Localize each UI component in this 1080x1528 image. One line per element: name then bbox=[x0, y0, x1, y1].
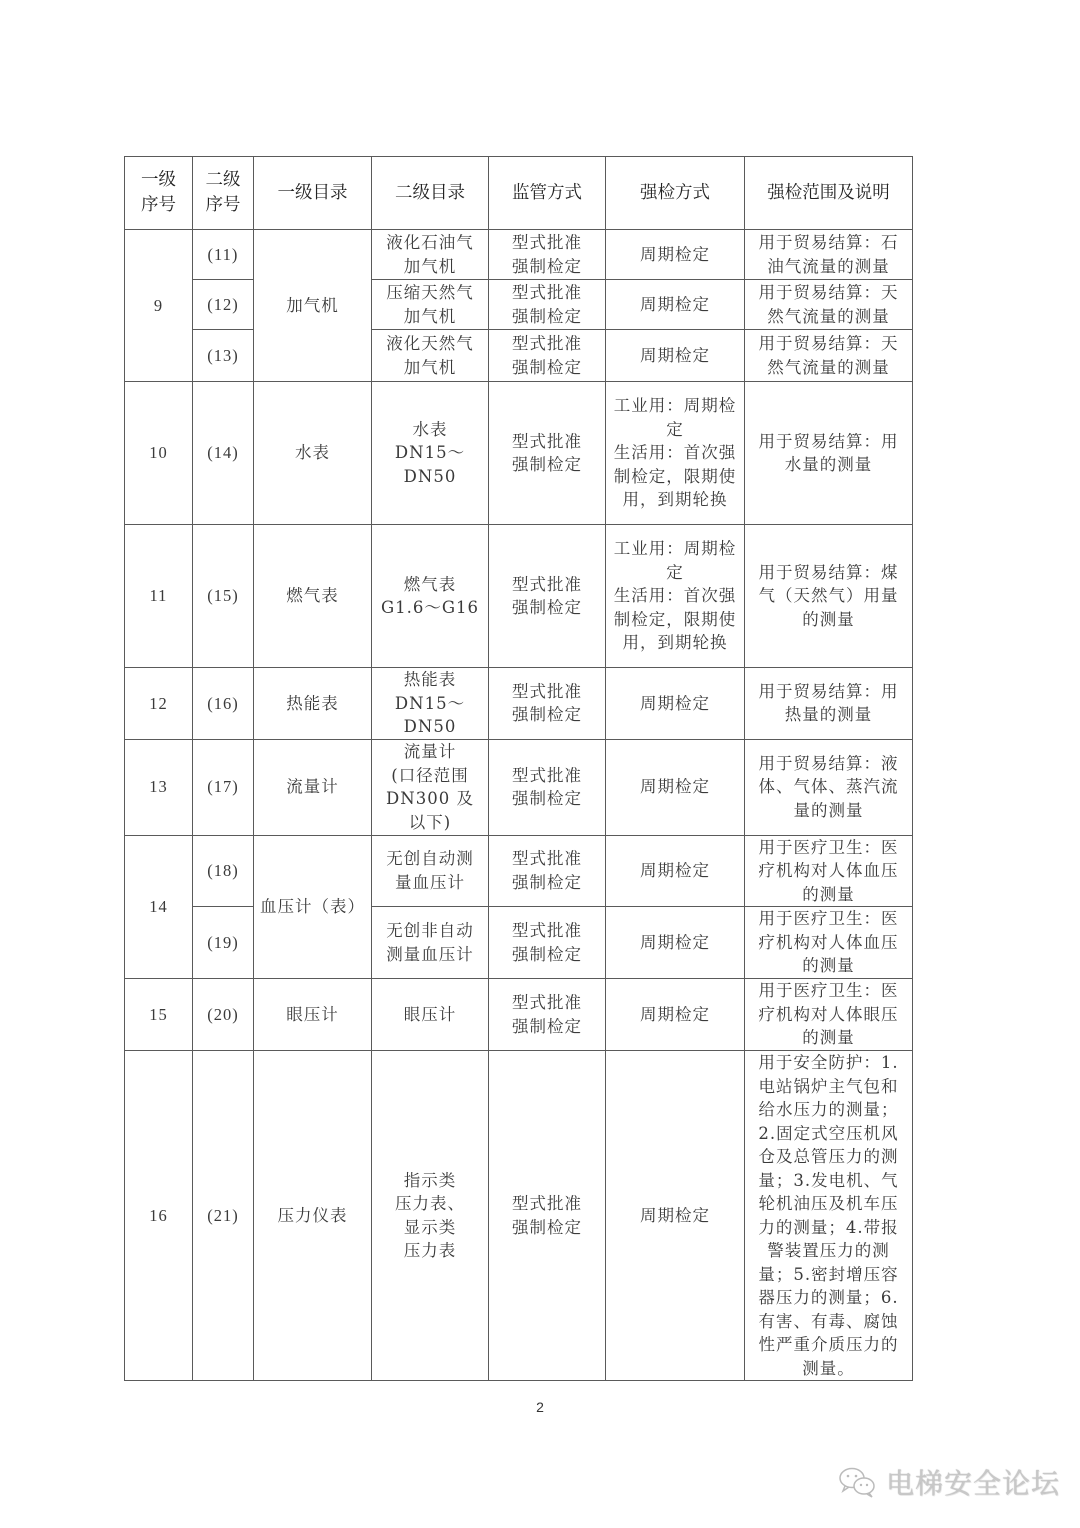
table-row: 14 (18) 血压计（表） 无创自动测 量血压计 型式批准 强制检定 周期检定… bbox=[125, 835, 913, 907]
supervision: 型式批准 强制检定 bbox=[489, 668, 606, 740]
table-row: 12 (16) 热能表 热能表 DN15～DN50 型式批准 强制检定 周期检定… bbox=[125, 668, 913, 740]
level2-catalog: 流量计 (口径范围 DN300 及 以下) bbox=[372, 739, 489, 835]
supervision: 型式批准 强制检定 bbox=[489, 835, 606, 907]
table-row: 9 (11) 加气机 液化石油气 加气机 型式批准 强制检定 周期检定 用于贸易… bbox=[125, 230, 913, 280]
level1-no: 9 bbox=[125, 230, 193, 382]
header-level2-catalog: 二级目录 bbox=[372, 157, 489, 230]
scope: 用于贸易结算：石油气流量的测量 bbox=[745, 230, 913, 280]
level1-catalog: 流量计 bbox=[254, 739, 372, 835]
method: 周期检定 bbox=[606, 330, 745, 382]
method: 周期检定 bbox=[606, 739, 745, 835]
method: 工业用：周期检定 生活用：首次强制检定，限期使用，到期轮换 bbox=[606, 382, 745, 525]
supervision: 型式批准 强制检定 bbox=[489, 739, 606, 835]
level2-catalog: 压缩天然气 加气机 bbox=[372, 280, 489, 330]
method: 周期检定 bbox=[606, 835, 745, 907]
supervision: 型式批准 强制检定 bbox=[489, 330, 606, 382]
scope: 用于安全防护：1.电站锅炉主气包和给水压力的测量；2.固定式空压机风仓及总管压力… bbox=[745, 1051, 913, 1381]
method: 周期检定 bbox=[606, 907, 745, 979]
table-row: 13 (17) 流量计 流量计 (口径范围 DN300 及 以下) 型式批准 强… bbox=[125, 739, 913, 835]
level2-no: (12) bbox=[193, 280, 254, 330]
header-supervision: 监管方式 bbox=[489, 157, 606, 230]
scope: 用于贸易结算：液体、气体、蒸汽流量的测量 bbox=[745, 739, 913, 835]
level2-no: (13) bbox=[193, 330, 254, 382]
watermark: 电梯安全论坛 bbox=[838, 1462, 1060, 1502]
method: 工业用：周期检定 生活用：首次强制检定，限期使用，到期轮换 bbox=[606, 525, 745, 668]
level2-catalog: 液化天然气 加气机 bbox=[372, 330, 489, 382]
level2-catalog: 燃气表 G1.6～G16 bbox=[372, 525, 489, 668]
header-level1-no: 一级 序号 bbox=[125, 157, 193, 230]
method: 周期检定 bbox=[606, 280, 745, 330]
supervision: 型式批准 强制检定 bbox=[489, 230, 606, 280]
level2-catalog: 热能表 DN15～DN50 bbox=[372, 668, 489, 740]
scope: 用于贸易结算：用水量的测量 bbox=[745, 382, 913, 525]
table-row: (12) 压缩天然气 加气机 型式批准 强制检定 周期检定 用于贸易结算：天然气… bbox=[125, 280, 913, 330]
supervision: 型式批准 强制检定 bbox=[489, 382, 606, 525]
scope: 用于贸易结算：天然气流量的测量 bbox=[745, 280, 913, 330]
method: 周期检定 bbox=[606, 668, 745, 740]
header-scope: 强检范围及说明 bbox=[745, 157, 913, 230]
supervision: 型式批准 强制检定 bbox=[489, 907, 606, 979]
level2-no: (17) bbox=[193, 739, 254, 835]
level2-no: (16) bbox=[193, 668, 254, 740]
watermark-text: 电梯安全论坛 bbox=[886, 1462, 1060, 1502]
supervision: 型式批准 强制检定 bbox=[489, 1051, 606, 1381]
level2-no: (14) bbox=[193, 382, 254, 525]
level2-catalog: 无创非自动 测量血压计 bbox=[372, 907, 489, 979]
scope: 用于贸易结算：用热量的测量 bbox=[745, 668, 913, 740]
level2-catalog: 无创自动测 量血压计 bbox=[372, 835, 489, 907]
method: 周期检定 bbox=[606, 230, 745, 280]
level1-no: 16 bbox=[125, 1051, 193, 1381]
level1-catalog: 热能表 bbox=[254, 668, 372, 740]
table-row: 15 (20) 眼压计 眼压计 型式批准 强制检定 周期检定 用于医疗卫生：医疗… bbox=[125, 979, 913, 1051]
scope: 用于医疗卫生：医疗机构对人体血压的测量 bbox=[745, 907, 913, 979]
level1-no: 11 bbox=[125, 525, 193, 668]
document-page: 一级 序号 二级 序号 一级目录 二级目录 监管方式 强检方式 强检范围及说明 … bbox=[0, 0, 1080, 1528]
level2-catalog: 眼压计 bbox=[372, 979, 489, 1051]
supervision: 型式批准 强制检定 bbox=[489, 525, 606, 668]
table-row: (19) 无创非自动 测量血压计 型式批准 强制检定 周期检定 用于医疗卫生：医… bbox=[125, 907, 913, 979]
level2-catalog: 水表 DN15～DN50 bbox=[372, 382, 489, 525]
level1-no: 14 bbox=[125, 835, 193, 979]
level2-no: (11) bbox=[193, 230, 254, 280]
scope: 用于医疗卫生：医疗机构对人体眼压的测量 bbox=[745, 979, 913, 1051]
page-number: 2 bbox=[0, 1399, 1080, 1415]
level1-no: 15 bbox=[125, 979, 193, 1051]
scope: 用于贸易结算：天然气流量的测量 bbox=[745, 330, 913, 382]
supervision: 型式批准 强制检定 bbox=[489, 280, 606, 330]
header-method: 强检方式 bbox=[606, 157, 745, 230]
level1-catalog: 燃气表 bbox=[254, 525, 372, 668]
level2-no: (21) bbox=[193, 1051, 254, 1381]
level1-no: 13 bbox=[125, 739, 193, 835]
level2-no: (19) bbox=[193, 907, 254, 979]
level2-no: (20) bbox=[193, 979, 254, 1051]
metrology-catalog-table: 一级 序号 二级 序号 一级目录 二级目录 监管方式 强检方式 强检范围及说明 … bbox=[124, 156, 913, 1381]
scope: 用于贸易结算：煤气（天然气）用量的测量 bbox=[745, 525, 913, 668]
level1-catalog: 压力仪表 bbox=[254, 1051, 372, 1381]
table-row: 10 (14) 水表 水表 DN15～DN50 型式批准 强制检定 工业用：周期… bbox=[125, 382, 913, 525]
table-row: 16 (21) 压力仪表 指示类 压力表、 显示类 压力表 型式批准 强制检定 … bbox=[125, 1051, 913, 1381]
level2-catalog: 指示类 压力表、 显示类 压力表 bbox=[372, 1051, 489, 1381]
table-row: (13) 液化天然气 加气机 型式批准 强制检定 周期检定 用于贸易结算：天然气… bbox=[125, 330, 913, 382]
level1-no: 12 bbox=[125, 668, 193, 740]
method: 周期检定 bbox=[606, 1051, 745, 1381]
method: 周期检定 bbox=[606, 979, 745, 1051]
level2-no: (15) bbox=[193, 525, 254, 668]
level1-catalog: 加气机 bbox=[254, 230, 372, 382]
wechat-icon bbox=[838, 1466, 878, 1498]
supervision: 型式批准 强制检定 bbox=[489, 979, 606, 1051]
level1-catalog: 眼压计 bbox=[254, 979, 372, 1051]
table-header-row: 一级 序号 二级 序号 一级目录 二级目录 监管方式 强检方式 强检范围及说明 bbox=[125, 157, 913, 230]
scope: 用于医疗卫生：医疗机构对人体血压的测量 bbox=[745, 835, 913, 907]
header-level1-catalog: 一级目录 bbox=[254, 157, 372, 230]
level1-no: 10 bbox=[125, 382, 193, 525]
level1-catalog: 血压计（表） bbox=[254, 835, 372, 979]
table-row: 11 (15) 燃气表 燃气表 G1.6～G16 型式批准 强制检定 工业用：周… bbox=[125, 525, 913, 668]
level1-catalog: 水表 bbox=[254, 382, 372, 525]
header-level2-no: 二级 序号 bbox=[193, 157, 254, 230]
level2-no: (18) bbox=[193, 835, 254, 907]
level2-catalog: 液化石油气 加气机 bbox=[372, 230, 489, 280]
